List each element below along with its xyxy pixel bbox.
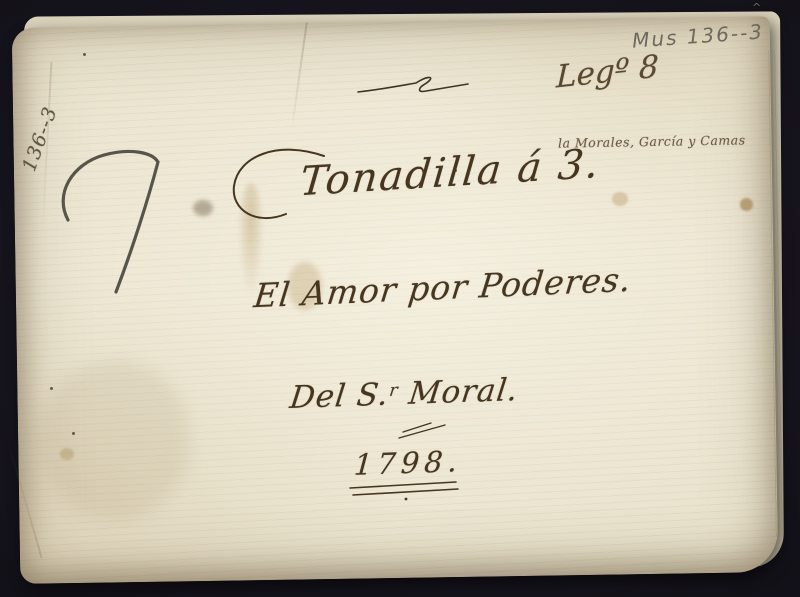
year-underline-icon (348, 480, 463, 502)
pencil-seven-stroke-icon (52, 142, 177, 297)
manuscript-photo: Mus 136--3 ^ Legº 8 la Morales, García y… (0, 0, 800, 597)
author-rest: Moral. (396, 372, 521, 412)
author-flourish-icon (398, 418, 450, 442)
paper-speck (72, 432, 75, 435)
corner-tick-mark: ^ (752, 1, 761, 14)
year: 1798. (353, 444, 463, 482)
paper-speck (83, 53, 86, 56)
paper-speck (50, 387, 53, 390)
squiggle-icon (356, 68, 471, 103)
author-prefix: Del S. (288, 376, 391, 416)
